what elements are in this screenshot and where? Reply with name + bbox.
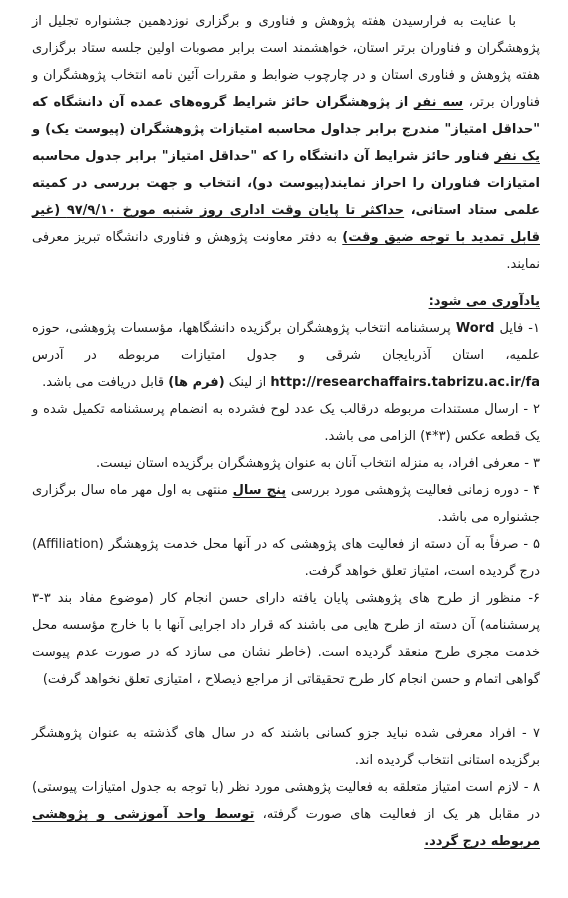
item-3: ۳ - معرفی افراد، به منزله انتخاب آنان به… [32,450,540,477]
document-content: با عنایت به فرارسیدن هفته پژوهش و فناوری… [32,8,540,855]
item-6: ۶- منظور از طرح های پژوهشی پایان یافته د… [32,585,540,693]
item-2: ۲ - ارسال مستندات مربوطه درقالب یک عدد ل… [32,396,540,450]
word-file-label: Word [456,321,495,336]
item-6-text: ۶- منظور از طرح های پژوهشی پایان یافته د… [32,591,540,687]
item-8: ۸ - لازم است امتیاز متعلقه به فعالیت پژو… [32,774,540,855]
item-1-text: از لینک [225,375,271,390]
item-3-text: ۳ - معرفی افراد، به منزله انتخاب آنان به… [96,456,540,471]
intro-paragraph: با عنایت به فرارسیدن هفته پژوهش و فناوری… [32,8,540,278]
item-4-text: ۴ - دوره زمانی فعالیت پژوهشی مورد بررسی [286,483,540,498]
forms-link-label: (فرم ها) [168,375,224,390]
one-person-emphasis: یک نفر [495,149,540,164]
item-4: ۴ - دوره زمانی فعالیت پژوهشی مورد بررسی … [32,477,540,531]
item-1-text: ۱- فایل [494,321,540,336]
research-affairs-url: http://researchaffairs.tabrizu.ac.ir/fa [270,375,540,390]
item-5: ۵ - صرفاً به آن دسته از فعالیت های پژوهش… [32,531,540,585]
reminder-heading-text: یادآوری می شود: [429,294,540,309]
document-page: با عنایت به فرارسیدن هفته پژوهش و فناوری… [0,0,568,898]
three-persons-emphasis: سه نفر [414,95,463,110]
item-1: ۱- فایل Word پرسشنامه انتخاب پژوهشگران ب… [32,315,540,396]
item-7-text: ۷ - افراد معرفی شده نباید جزو کسانی باشن… [32,726,540,768]
item-2-text: ۲ - ارسال مستندات مربوطه درقالب یک عدد ل… [32,402,540,444]
five-years-emphasis: پنج سال [233,483,287,498]
item-5-text: ۵ - صرفاً به آن دسته از فعالیت های پژوهش… [32,537,540,579]
item-1-text: قابل دریافت می باشد. [42,375,168,390]
item-7: ۷ - افراد معرفی شده نباید جزو کسانی باشن… [32,720,540,774]
reminder-heading: یادآوری می شود: [32,288,540,315]
